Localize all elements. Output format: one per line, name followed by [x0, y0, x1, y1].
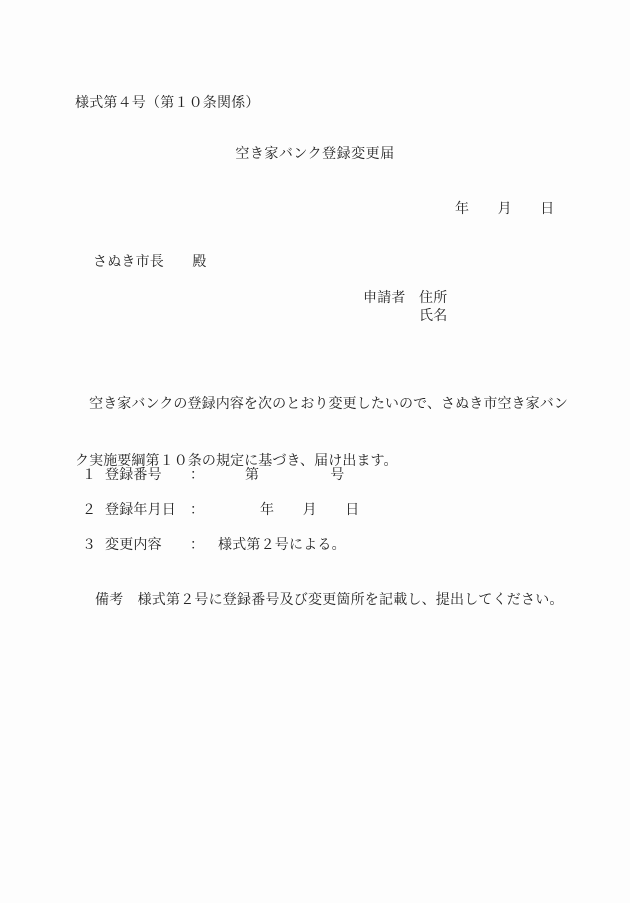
- date-line: 年 月 日: [455, 201, 554, 218]
- body-paragraph: 空き家バンクの登録内容を次のとおり変更したいので、さぬき市空き家バン ク実施要綱…: [75, 357, 568, 509]
- applicant-label: 申請者: [363, 290, 406, 307]
- addressee-line: さぬき市長 殿: [93, 254, 207, 271]
- applicant-address-label: 住所: [419, 290, 447, 307]
- document-page: 様式第４号（第１０条関係） 空き家バンク登録変更届 年 月 日 さぬき市長 殿 …: [0, 0, 630, 903]
- applicant-name-label: 氏名: [419, 308, 447, 325]
- item-1-colon: ：: [190, 467, 204, 484]
- form-number: 様式第４号（第１０条関係）: [75, 95, 260, 112]
- item-3-value: 様式第２号による。: [218, 537, 346, 554]
- remarks-line: 備考 様式第２号に登録番号及び変更箇所を記載し、提出してください。: [95, 592, 564, 609]
- item-2-label: 登録年月日: [105, 502, 176, 519]
- item-2-number: ２: [82, 502, 96, 519]
- item-3-colon: ：: [190, 537, 204, 554]
- item-2-colon: ：: [190, 502, 204, 519]
- body-paragraph-line-1: 空き家バンクの登録内容を次のとおり変更したいので、さぬき市空き家バン: [75, 395, 568, 414]
- item-1-label: 登録番号: [105, 467, 162, 484]
- item-3-number: ３: [82, 537, 96, 554]
- item-1-number: １: [82, 467, 96, 484]
- item-1-value: 第 号: [245, 467, 344, 484]
- document-title: 空き家バンク登録変更届: [0, 146, 630, 163]
- item-3-label: 変更内容: [105, 537, 162, 554]
- item-2-value: 年 月 日: [260, 502, 359, 519]
